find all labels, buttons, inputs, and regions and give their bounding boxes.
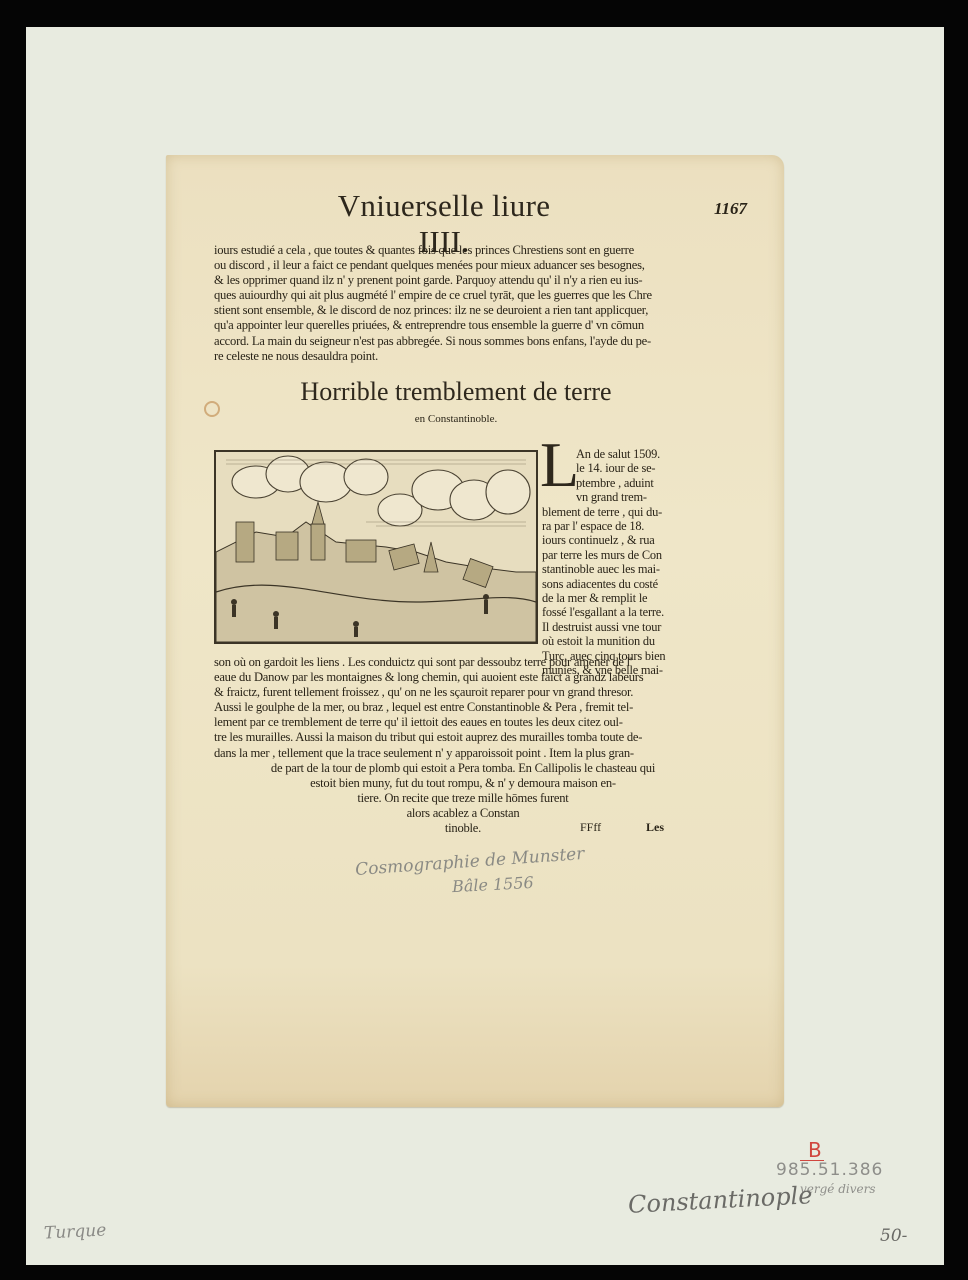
- text-line: blement de terre , qui du-: [542, 505, 684, 519]
- text-line: vn grand trem-: [542, 490, 684, 504]
- text-line: ptembre , aduint: [542, 476, 684, 490]
- text-line: Aussi le goulphe de la mer, ou braz , le…: [214, 700, 712, 715]
- text-line: An de salut 1509.: [542, 447, 684, 461]
- text-line: tiere. On recite que treze mille hōmes f…: [214, 791, 712, 806]
- mat-board: Vniuerselle liure IIII. 1167 iours estud…: [26, 27, 944, 1265]
- text-line: de part de la tour de plomb qui estoit a…: [214, 761, 712, 776]
- text-line: ou discord , il leur a faict ce pendant …: [214, 258, 712, 273]
- paragraph-2: son où on gardoit les liens . Les condui…: [214, 655, 712, 836]
- text-line: accord. La main du seigneur n'est pas ab…: [214, 334, 712, 349]
- book-leaf: Vniuerselle liure IIII. 1167 iours estud…: [166, 155, 784, 1107]
- signature-mark: FFff: [580, 820, 601, 835]
- text-line: fossé l'esgallant a la terre.: [542, 605, 684, 619]
- side-column: An de salut 1509. le 14. iour de se- pte…: [542, 447, 684, 678]
- section-heading: Horrible tremblement de terre: [226, 377, 686, 407]
- text-line: de la mer & remplit le: [542, 591, 684, 605]
- text-line: ques auiourdhy qui ait plus augmété l' e…: [214, 288, 712, 303]
- text-line: iours estudié a cela , que toutes & quan…: [214, 243, 712, 258]
- section-subheading: en Constantinoble.: [346, 413, 566, 425]
- text-line: iours continuelz , & rua: [542, 533, 684, 547]
- text-line: stient sont ensemble, & le discord de no…: [214, 303, 712, 318]
- text-line: tre les murailles. Aussi la maison du tr…: [214, 730, 712, 745]
- catalog-letter: B: [808, 1138, 822, 1162]
- text-line: & les opprimer quand ilz n' y prenent po…: [214, 273, 712, 288]
- text-line: dans la mer , tellement que la trace seu…: [214, 746, 712, 761]
- catalog-number: 985.51.386: [776, 1160, 883, 1180]
- text-line: Il destruist aussi vne tour: [542, 620, 684, 634]
- folio-number: 1167: [714, 199, 747, 219]
- text-line: stantinoble auec les mai-: [542, 562, 684, 576]
- text-line: lement par ce tremblement de terre qu' i…: [214, 715, 712, 730]
- catchword: Les: [646, 820, 664, 835]
- text-line: le 14. iour de se-: [542, 461, 684, 475]
- text-line: où estoit la munition du: [542, 634, 684, 648]
- text-line: re celeste ne nous desauldra point.: [214, 349, 712, 364]
- text-line: son où on gardoit les liens . Les condui…: [214, 655, 712, 670]
- pencil-corner-mark: Turque: [44, 1220, 107, 1243]
- earthquake-woodcut-icon: [216, 452, 536, 642]
- text-line: qu'a appointer leur querelles priuées, &…: [214, 318, 712, 333]
- pencil-place-label: Constantinople: [627, 1181, 813, 1219]
- text-line: tinoble.: [214, 821, 712, 836]
- pencil-price: 50-: [880, 1226, 907, 1246]
- stain-mark: [204, 401, 220, 417]
- text-line: & fraictz, furent tellement froissez , q…: [214, 685, 712, 700]
- text-line: eaue du Danow par les montaignes & long …: [214, 670, 712, 685]
- text-line: alors acablez a Constan: [214, 806, 712, 821]
- text-line: estoit bien muny, fut du tout rompu, & n…: [214, 776, 712, 791]
- text-line: sons adiacentes du costé: [542, 577, 684, 591]
- woodcut-illustration: [214, 450, 538, 644]
- paragraph-1: iours estudié a cela , que toutes & quan…: [214, 243, 712, 364]
- text-line: ra par l' espace de 18.: [542, 519, 684, 533]
- text-line: par terre les murs de Con: [542, 548, 684, 562]
